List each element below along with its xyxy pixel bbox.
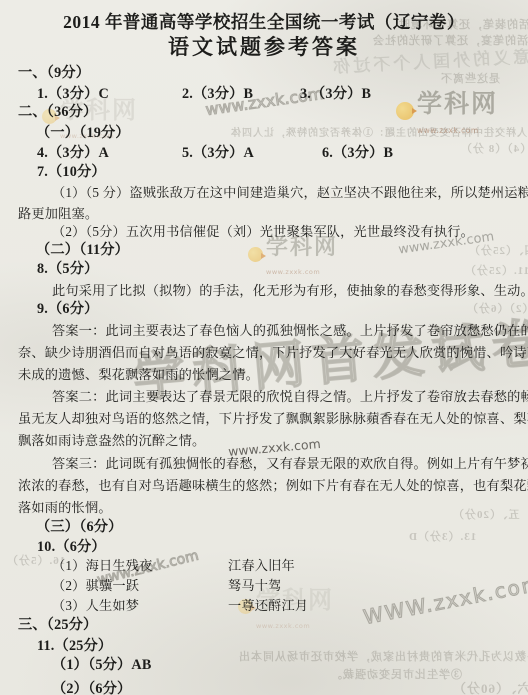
q10-value2: 驽马十驾 [228,575,282,594]
bleedthrough-text: 是这些离不 [440,70,500,86]
bleedthrough-text: 四、（25分） [468,242,528,258]
q9-answer3-line1: 答案三：此词既有孤独惆怅的春愁，又有春景无限的欢欣自得。例如上片有午梦初回 [52,453,528,472]
q10-value3: 一尊还酹江月 [228,595,308,614]
scanned-answer-key-page: ①本辣选择了活的装笔，还算了环境时 具辣选择了活的笔宴，还算了研光的社会 ②要想… [0,0,528,695]
q11-answer2: （2）（6分） [52,678,131,695]
zxxk-url-watermark: WWW.zxxk.com [361,571,528,629]
q4-answer: 4.（3分）A [37,142,109,162]
q5-answer: 5.（3分）A [182,142,254,162]
zxxk-brand-text: 学科网 [417,91,498,118]
part-1-heading: （一）（19分） [36,122,130,142]
bleedthrough-text: 五、（20分） [452,506,520,522]
q8-heading: 8.（5分） [37,258,99,278]
q9-answer1-line1: 答案一：此词主要表达了春色恼人的孤独惆怅之感。上片抒发了卷帘放愁愁仍在的无 [52,320,528,339]
bleedthrough-text: 六、（60分） [452,678,528,695]
q7-answer1-line1: （1）（5 分）盗贼张敌万在这中间建造巢穴，赵立坚决不跟他往来，所以楚州运粮的道 [52,182,528,201]
q9-answer2-line1: 答案二：此词主要表达了春景无限的欣悦自得之情。上片抒发了卷帘放去春愁的畅快、 [52,386,528,405]
section-1-heading: 一、（9分） [18,62,90,82]
q6-answer: 6.（3分）B [322,142,393,162]
bleedthrough-text: 13.（3分）D [408,528,476,544]
q10-heading: 10.（6分） [37,536,106,556]
q9-answer1-line2: 奈、缺少诗朋酒侣而自对鸟语的寂寞之情，下片抒发了大好春光无人欣赏的惋惜、吟诗而 [18,342,528,361]
bleedthrough-text: （2）（6分） [466,300,528,316]
section-3-heading: 三、（25分） [18,614,97,634]
zxxk-url-small: www.zxxk.com [256,622,310,630]
q10-item3: （3）人生如梦 [52,595,139,614]
bleedthrough-text: ②多数以为孔代米育的贵村出家成，学校市还市场从同本出 [238,648,528,664]
q7-answer1-line2: 路更加阻塞。 [18,203,98,222]
answer-key-title: 语文试题参考答案 [0,31,528,61]
q3-answer: 3.（3分）B [300,83,371,103]
part-3-heading: （三）（6分） [36,516,123,536]
zxxk-chick-icon [248,247,263,262]
q1-answer: 1.（3分）C [37,83,109,103]
q11-heading: 11.（25分） [37,635,112,655]
q9-answer3-line3: 落如雨的怅惘。 [18,497,112,516]
q7-heading: 7.（10分） [37,161,106,181]
zxxk-chick-icon [396,102,414,120]
q9-answer3-line2: 浓浓的春愁，也有自对鸟语趣味横生的悠然；例如下片有春在无人处的惊喜，也有梨花飘 [18,475,528,494]
bleedthrough-text: 11.（25分） [464,262,528,278]
zxxk-url-small: www.zxxk.com [266,268,320,276]
q2-answer: 2.（3分）B [182,83,253,103]
q8-answer: 此句采用了比拟（拟物）的手法，化无形为有形，使抽象的春愁变得形象、生动。 [52,280,528,299]
bleedthrough-text: ③学生比市民变动强裁。 [330,666,462,682]
q9-answer2-line3: 飘落如雨诗意盎然的沉醉之情。 [18,430,205,449]
q7-answer2: （2）（5分）五次用书信催促（刘）光世聚集军队，光世最终没有执行。 [52,221,474,240]
q10-item2: （2）骐骥一跃 [52,575,139,594]
q10-value1: 江春入旧年 [228,555,295,574]
q11-answer1: （1）（5分）AB [52,654,152,674]
bleedthrough-text: 圈示人样交往中样否变受出的主题：①体养否定的特殊，让人四体 [230,124,528,139]
section-2-heading: 二、（36分） [18,101,97,121]
q9-answer2-line2: 虽无友人却独对鸟语的悠然之情，下片抒发了飘飘絮影脉脉蘋香春在无人处的惊喜、梨花 [18,408,528,427]
bleedthrough-text: （4）（8 分） [460,140,528,156]
q9-heading: 9.（6分） [37,298,99,318]
q10-item1: （1）海日生残夜 [52,555,153,574]
part-2-heading: （二）（11分） [36,239,129,259]
q9-answer1-line3: 未成的遗憾、梨花飘落如雨的怅惘之情。 [18,364,259,383]
